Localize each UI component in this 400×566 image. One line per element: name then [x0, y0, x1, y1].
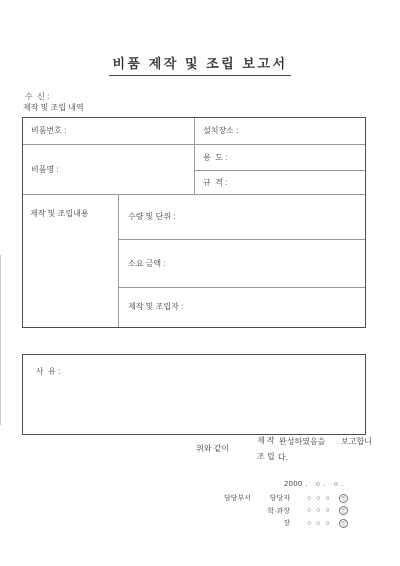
closing-body: 완성하였음을 [279, 436, 325, 447]
dept-label: 담당부서 [224, 493, 266, 503]
signer-name-placeholder: ○ ○ ○ [307, 495, 331, 502]
item-number-label: 비품번호 : [31, 126, 66, 135]
work-content-label: 제작 및 조립내용 [30, 209, 89, 218]
seal-stamp-icon: 인 [339, 494, 348, 503]
closing-lead: 위와 같이 [196, 443, 229, 454]
cell-install-location: 설치장소 : [195, 118, 365, 145]
seal-stamp-icon: 인 [339, 506, 348, 515]
reason-label: 사 유 : [36, 366, 60, 377]
install-location-label: 설치장소 : [203, 126, 238, 135]
cell-cost: 소요 금액 : [119, 240, 365, 288]
cell-work-content: 제작 및 조립내용 [23, 195, 119, 327]
seal-stamp-icon: 인 [339, 519, 348, 528]
maker-label: 제작 및 조립자 : [128, 302, 183, 311]
report-document: 비품 제작 및 조립 보고서 수 신 : 제작 및 조립 내역 비품번호 : 설… [0, 0, 400, 566]
cell-maker: 제작 및 조립자 : [119, 288, 365, 327]
closing-tail-line2: 다. [278, 452, 288, 463]
cell-quantity-unit: 수량 및 단위 : [119, 195, 365, 240]
closing-choice-make: 제 작 [257, 435, 275, 446]
title-wrap: 비품 제작 및 조립 보고서 [0, 53, 400, 76]
signer-role: 학·과장 [266, 506, 290, 516]
cell-item-name: 비품명 : [23, 145, 195, 195]
reason-box: 사 유 : [22, 354, 366, 435]
signature-block: 담당부서 담당자 ○ ○ ○ 인 학·과장 ○ ○ ○ 인 장 ○ ○ ○ 인 [224, 492, 348, 530]
detail-table: 비품번호 : 설치장소 : 비품명 : 용 도 : 규 격 : 제작 및 조립내… [22, 117, 366, 328]
signature-row: 담당부서 담당자 ○ ○ ○ 인 [224, 492, 348, 505]
spec-label: 규 격 : [203, 178, 227, 187]
closing-choice-assemble: 조 립 [257, 451, 275, 462]
date-line: 2000 . ○ . ○ . [284, 479, 344, 488]
cost-label: 소요 금액 : [128, 259, 166, 268]
signature-row: 학·과장 ○ ○ ○ 인 [224, 505, 348, 518]
closing-tail-line1: 보고합니 [341, 436, 372, 447]
signature-row: 장 ○ ○ ○ 인 [224, 517, 348, 530]
detail-section-label: 제작 및 조립 내역 [23, 102, 84, 113]
item-name-label: 비품명 : [31, 165, 59, 174]
cell-usage: 용 도 : [195, 145, 365, 171]
recipient-label: 수 신 : [25, 91, 49, 102]
signer-role: 담당자 [266, 493, 290, 503]
signer-name-placeholder: ○ ○ ○ [307, 520, 331, 527]
scan-edge-artifact [0, 255, 1, 425]
usage-label: 용 도 : [203, 153, 227, 162]
signer-name-placeholder: ○ ○ ○ [307, 507, 331, 514]
cell-item-number: 비품번호 : [23, 118, 195, 145]
cell-spec: 규 격 : [195, 171, 365, 195]
signer-role: 장 [266, 518, 290, 528]
quantity-unit-label: 수량 및 단위 : [128, 212, 176, 221]
document-title: 비품 제작 및 조립 보고서 [109, 53, 290, 76]
